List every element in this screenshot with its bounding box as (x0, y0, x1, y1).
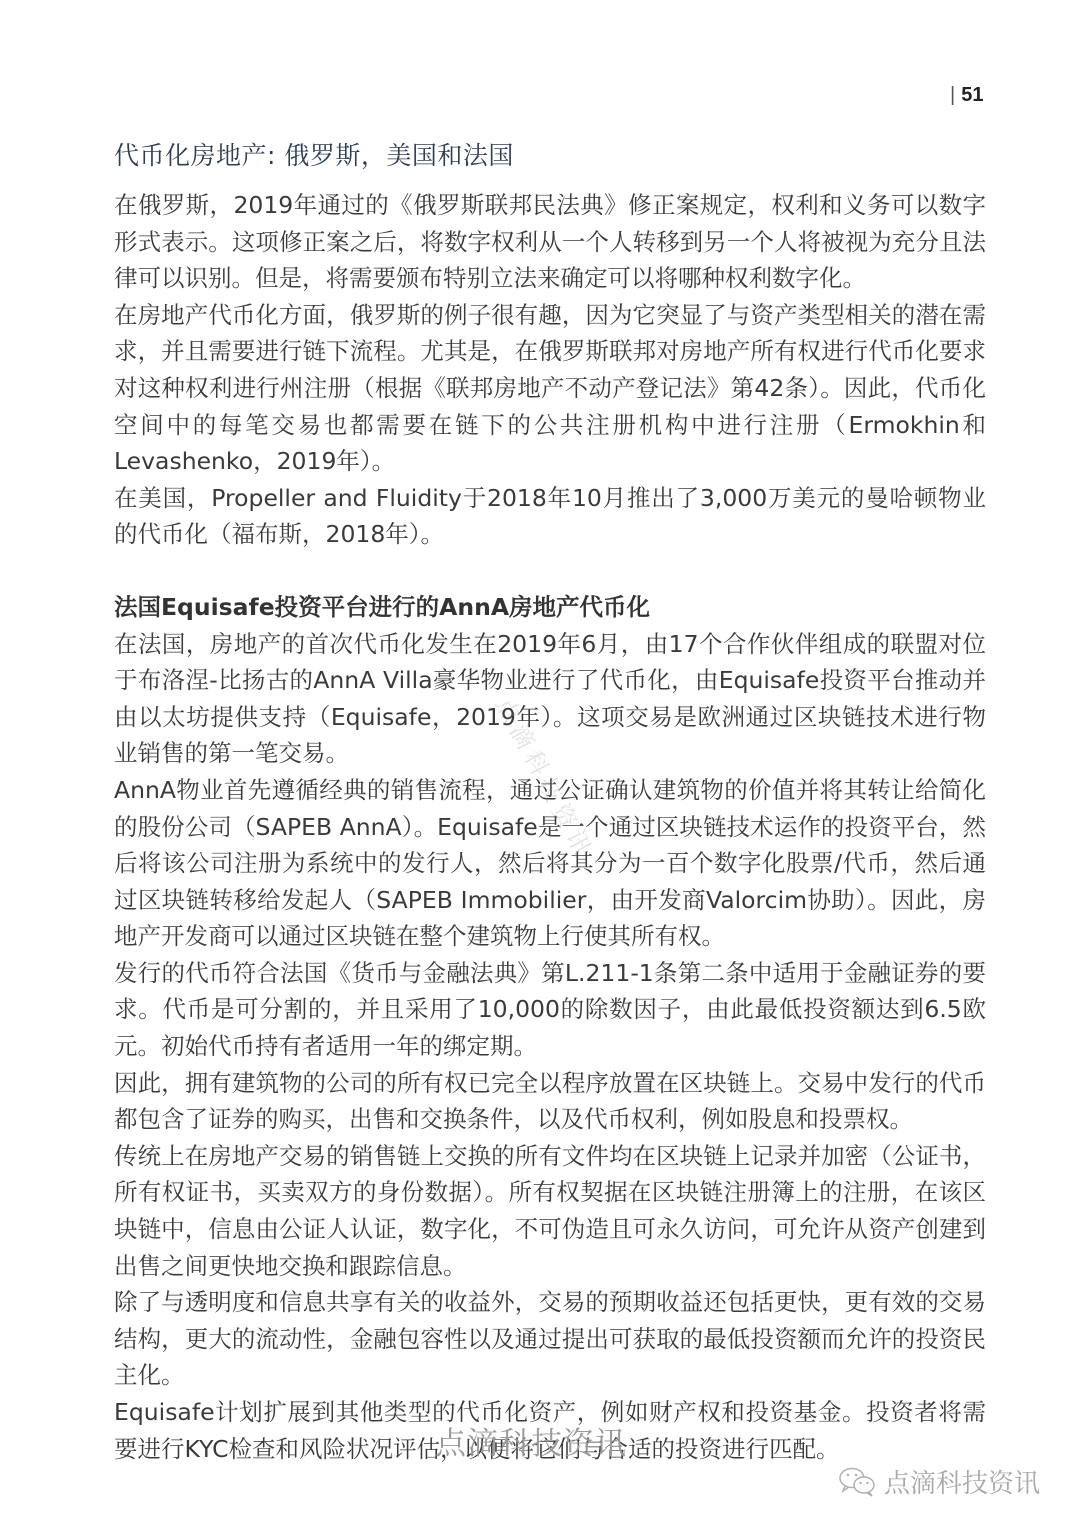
paragraph: 在法国，房地产的首次代币化发生在2019年6月，由17个合作伙伴组成的联盟对位于… (114, 626, 986, 772)
paragraph: 在房地产代币化方面，俄罗斯的例子很有趣，因为它突显了与资产类型相关的潜在需求，并… (114, 297, 986, 480)
subsection-title: 法国Equisafe投资平台进行的AnnA房地产代币化 (114, 589, 986, 626)
paragraph: 在俄罗斯，2019年通过的《俄罗斯联邦民法典》修正案规定，权利和义务可以数字形式… (114, 187, 986, 297)
page-number-divider: | (950, 84, 955, 106)
paragraph: AnnA物业首先遵循经典的销售流程，通过公证确认建筑物的价值并将其转让给简化的股… (114, 772, 986, 955)
page-number-value: 51 (961, 84, 983, 106)
paragraph: 因此，拥有建筑物的公司的所有权已完全以程序放置在区块链上。交易中发行的代币都包含… (114, 1065, 986, 1138)
paragraph: 在美国，Propeller and Fluidity于2018年10月推出了3,… (114, 480, 986, 553)
footer-brand: 点滴科技资讯 (435, 1418, 627, 1463)
document-body: 在俄罗斯，2019年通过的《俄罗斯联邦民法典》修正案规定，权利和义务可以数字形式… (114, 187, 986, 1467)
paragraph: 传统上在房地产交易的销售链上交换的所有文件均在区块链上记录并加密（公证书，所有权… (114, 1138, 986, 1284)
wechat-icon (838, 1466, 878, 1498)
section-title: 代币化房地产: 俄罗斯，美国和法国 (114, 136, 514, 172)
paragraph: 发行的代币符合法国《货币与金融法典》第L.211-1条第二条中适用于金融证券的要… (114, 955, 986, 1065)
wechat-account-name: 点滴科技资讯 (884, 1463, 1040, 1500)
wechat-account-mark: 点滴科技资讯 (838, 1463, 1040, 1500)
paragraph: 除了与透明度和信息共享有关的收益外，交易的预期收益还包括更快，更有效的交易结构，… (114, 1284, 986, 1394)
page-number: |51 (950, 84, 983, 107)
